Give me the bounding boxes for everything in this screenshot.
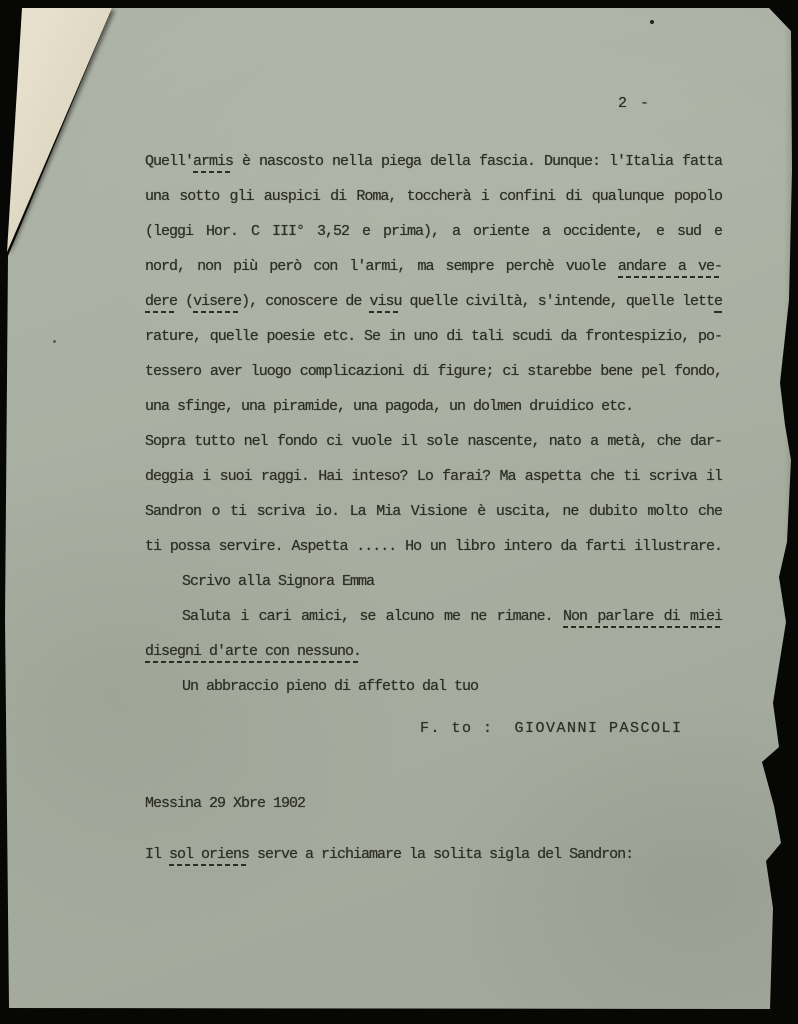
underlined-text: armis [193, 153, 233, 173]
letter-line: una sotto gli auspici di Roma, toccherà … [145, 179, 722, 214]
ink-speck [650, 20, 654, 24]
letter-line: dere (visere), conoscere de visu quelle … [145, 284, 722, 319]
letter-line: deggia i suoi raggi. Hai inteso? Lo fara… [145, 459, 722, 494]
text-segment: ( [177, 293, 193, 310]
text-segment: ti possa servire. Aspetta ..... Ho un li… [145, 538, 722, 555]
text-segment: una sfinge, una piramide, una pagoda, un… [145, 398, 633, 415]
underlined-text: disegni d'arte con nessuno. [145, 643, 361, 663]
page-number: 2 - [618, 86, 651, 121]
text-segment: una sotto gli auspici di Roma, toccherà … [145, 188, 722, 205]
letter-body: Quell'armis è nascosto nella piega della… [145, 144, 722, 704]
text-segment: Quell' [145, 153, 193, 170]
underlined-text: dere [145, 293, 177, 313]
text-segment: Saluta i cari amici, se alcuno me ne rim… [182, 608, 563, 625]
underlined-text: visu [369, 293, 401, 313]
text-segment: deggia i suoi raggi. Hai inteso? Lo fara… [145, 468, 722, 485]
postscript-line: Il sol oriens serve a richiamare la soli… [145, 837, 633, 872]
text-segment: Un abbraccio pieno di affetto dal tuo [182, 678, 478, 695]
letter-line: Scrivo alla Signora Emma [145, 564, 722, 599]
underlined-text: visere [193, 293, 241, 313]
letter-line: Sopra tutto nel fondo ci vuole il sole n… [145, 424, 722, 459]
letter-line: disegni d'arte con nessuno. [145, 634, 722, 669]
underlined-text: andare a ve- [618, 258, 722, 278]
text-segment: rature, quelle poesie etc. Se in uno di … [145, 328, 722, 345]
text-segment: Sopra tutto nel fondo ci vuole il sole n… [145, 433, 722, 450]
text-segment: tessero aver luogo complicazioni di figu… [145, 363, 722, 380]
underlined-text: e [714, 293, 722, 313]
text-segment: Sandron o ti scriva io. La Mia Visione è… [145, 503, 722, 520]
paper-speck [53, 340, 56, 343]
dateline: Messina 29 Xbre 1902 [145, 786, 305, 821]
text-segment: Il [145, 846, 169, 863]
letter-line: Quell'armis è nascosto nella piega della… [145, 144, 722, 179]
underlined-text: sol oriens [169, 846, 249, 866]
letter-line: ti possa servire. Aspetta ..... Ho un li… [145, 529, 722, 564]
letter-line: (leggi Hor. C III° 3,52 e prima), a orie… [145, 214, 722, 249]
text-segment: quelle civiltà, s'intende, quelle lett [401, 293, 714, 310]
letter-line: nord, non più però con l'armi, ma sempre… [145, 249, 722, 284]
text-segment: Scrivo alla Signora Emma [182, 573, 374, 590]
scanned-letter-page: 2 - Quell'armis è nascosto nella piega d… [0, 0, 798, 1024]
letter-line: una sfinge, una piramide, una pagoda, un… [145, 389, 722, 424]
text-segment: è nascosto nella piega della fascia. Dun… [233, 153, 722, 170]
text-segment: ), conoscere de [241, 293, 369, 310]
text-segment: nord, non più però con l'armi, ma sempre… [145, 258, 618, 275]
signature-line: F. to : GIOVANNI PASCOLI [420, 711, 683, 746]
letter-line: tessero aver luogo complicazioni di figu… [145, 354, 722, 389]
letter-line: Un abbraccio pieno di affetto dal tuo [145, 669, 722, 704]
letter-line: rature, quelle poesie etc. Se in uno di … [145, 319, 722, 354]
text-segment: (leggi Hor. C III° 3,52 e prima), a orie… [145, 223, 722, 240]
underlined-text: Non parlare di miei [563, 608, 722, 628]
letter-line: Saluta i cari amici, se alcuno me ne rim… [145, 599, 722, 634]
letter-line: Sandron o ti scriva io. La Mia Visione è… [145, 494, 722, 529]
text-segment: serve a richiamare la solita sigla del S… [249, 846, 633, 863]
